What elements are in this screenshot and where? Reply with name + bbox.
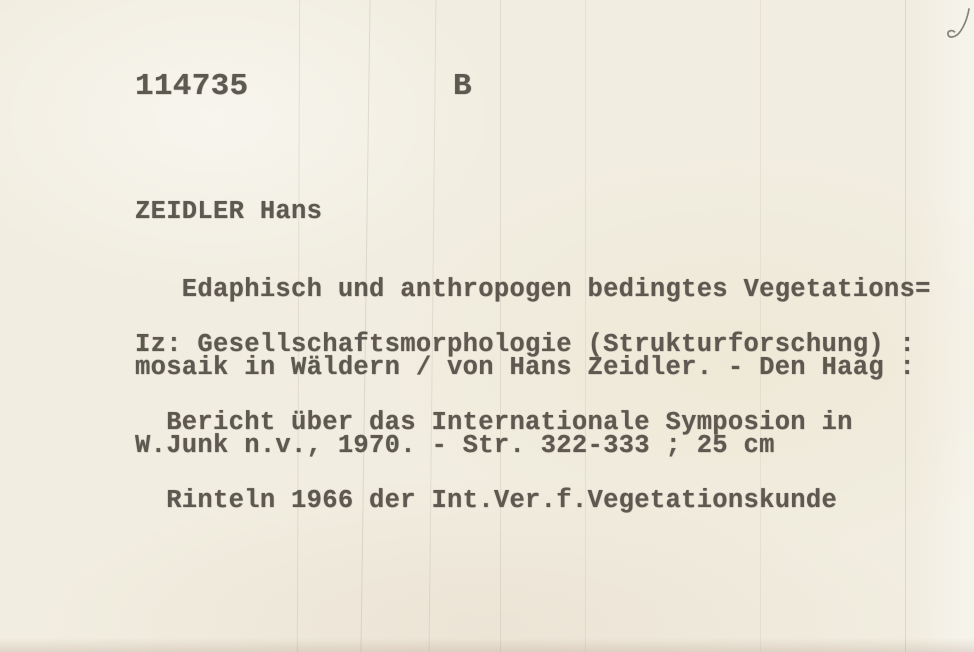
card-header-row: 114735 B — [0, 70, 974, 106]
pen-stroke-J-icon — [940, 4, 974, 46]
section-letter: B — [453, 70, 472, 104]
call-number: 114735 — [135, 70, 248, 104]
note-line: Iz: Gesellschaftsmorphologie (Strukturfo… — [135, 332, 915, 358]
bottom-edge-shadow — [0, 638, 974, 652]
note-line: Rinteln 1966 der Int.Ver.f.Vegetationsku… — [135, 488, 915, 514]
catalog-card: 114735 B ZEIDLER Hans Edaphisch und anth… — [0, 0, 974, 652]
author-heading: ZEIDLER Hans — [135, 199, 931, 225]
source-note: Iz: Gesellschaftsmorphologie (Strukturfo… — [135, 280, 915, 566]
note-line: Bericht über das Internationale Symposio… — [135, 410, 915, 436]
